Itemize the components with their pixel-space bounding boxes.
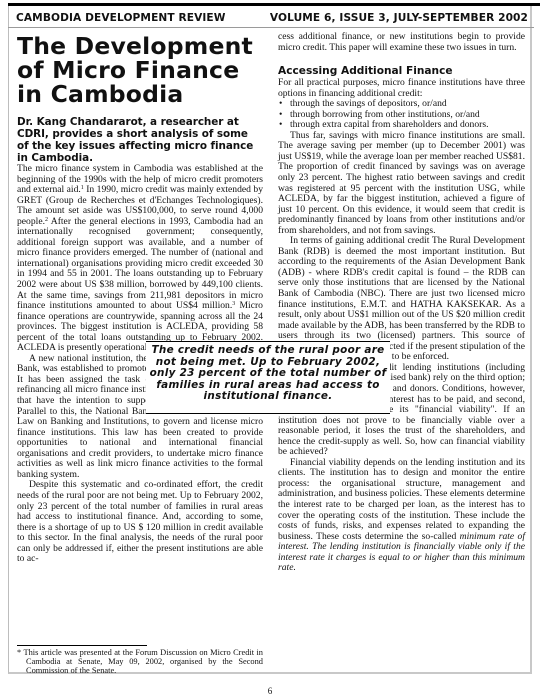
- list-item: through extra capital from shareholders …: [278, 120, 525, 131]
- body-paragraph: Thus far, savings with micro finance ins…: [278, 131, 525, 236]
- publication-name: CAMBODIA DEVELOPMENT REVIEW: [16, 12, 226, 24]
- left-column: The Development of Micro Finance in Camb…: [17, 32, 263, 565]
- standfirst: Dr. Kang Chandararot, a researcher at CD…: [17, 116, 263, 164]
- body-paragraph: The micro finance system in Cambodia was…: [17, 164, 263, 354]
- page-number: 6: [0, 686, 540, 696]
- footnote-divider: [17, 645, 147, 646]
- body-paragraph: Despite this systematic and co-ordinated…: [17, 480, 263, 564]
- header-divider: [8, 27, 534, 28]
- body-paragraph: Financial viability depends on the lendi…: [278, 458, 525, 574]
- footnote: * This article was presented at the Foru…: [17, 649, 263, 676]
- running-head: CAMBODIA DEVELOPMENT REVIEW VOLUME 6, IS…: [16, 10, 528, 26]
- article-title: The Development of Micro Finance in Camb…: [17, 34, 263, 106]
- section-heading: Accessing Additional Finance: [278, 65, 525, 77]
- pull-quote: The credit needs of the rural poor are n…: [146, 341, 390, 414]
- issue-info: VOLUME 6, ISSUE 3, JULY-SEPTEMBER 2002: [270, 12, 528, 24]
- emphasis: The lending institution is financially v…: [278, 541, 525, 573]
- body-paragraph: For all practical purposes, micro financ…: [278, 78, 525, 99]
- options-list: through the savings of depositors, or/an…: [278, 99, 525, 131]
- right-column: cess additional finance, or new institut…: [278, 32, 525, 574]
- body-paragraph: cess additional finance, or new institut…: [278, 32, 525, 53]
